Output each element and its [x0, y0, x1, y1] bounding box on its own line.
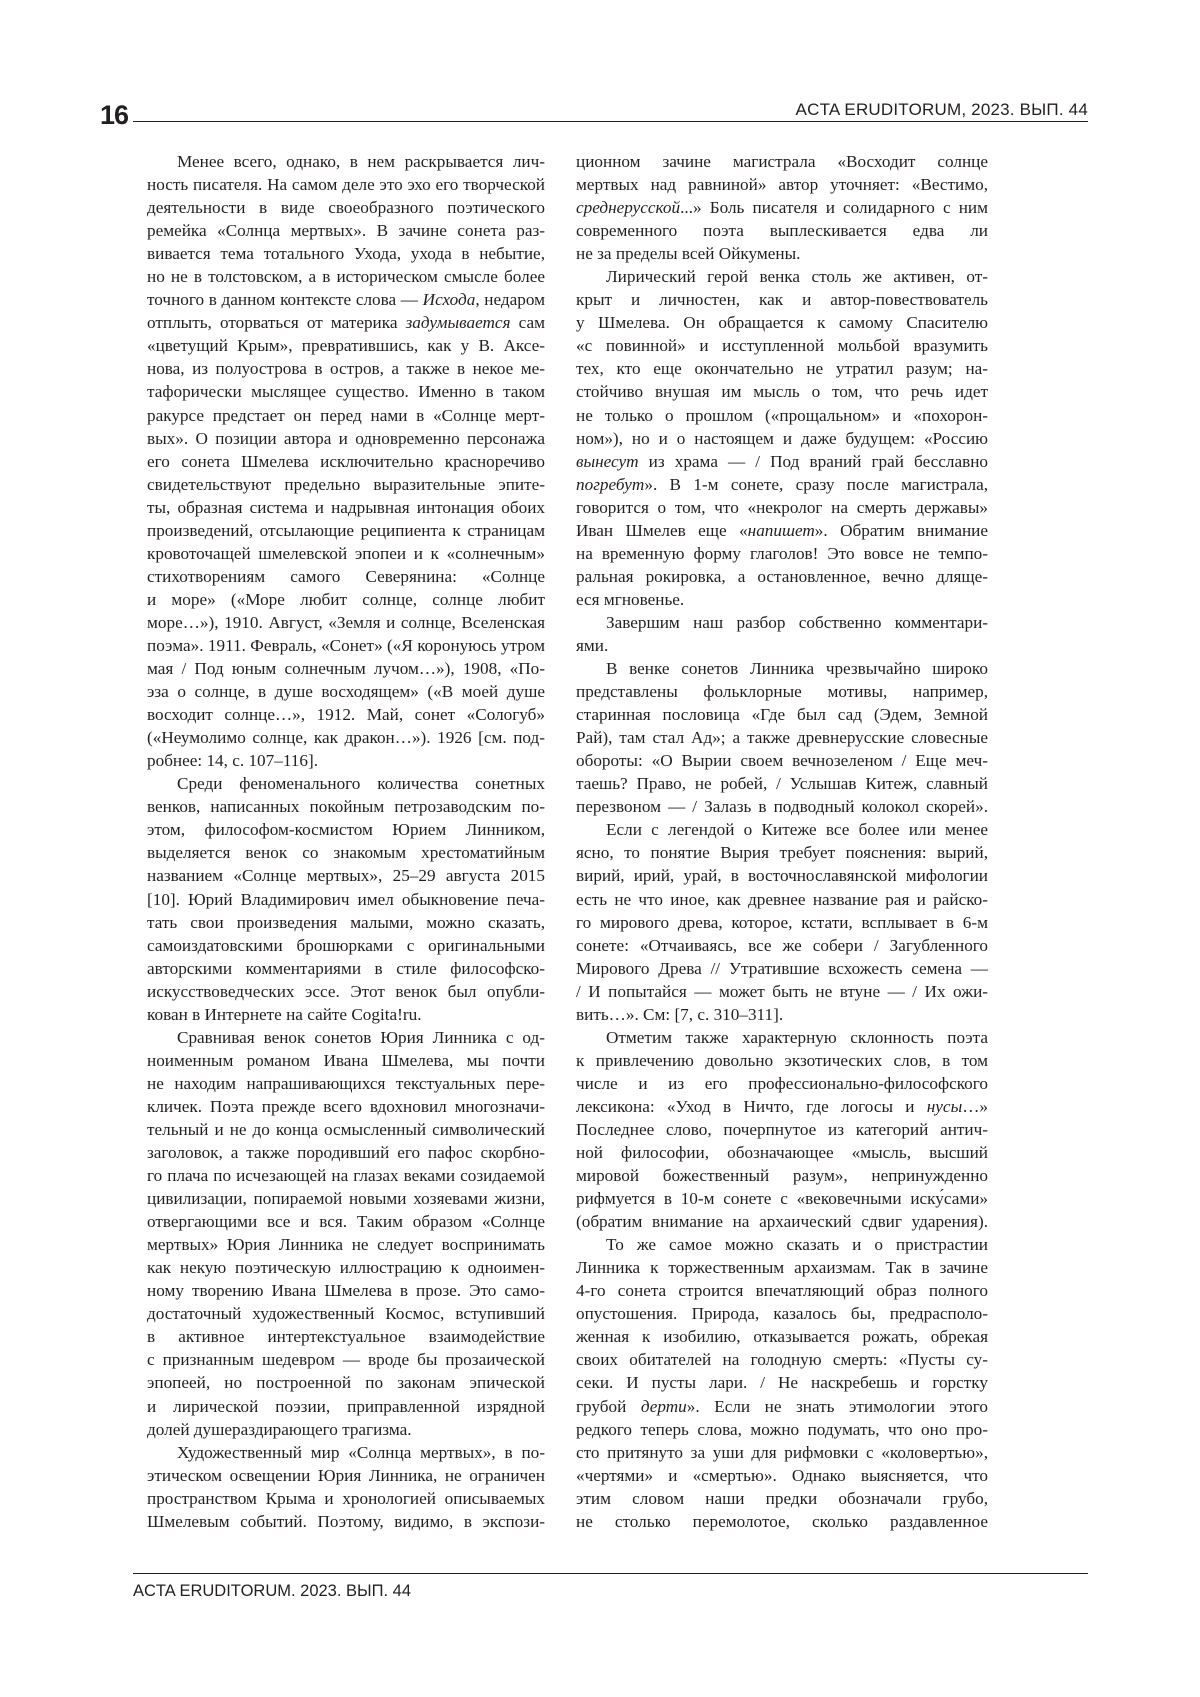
text-line: у Шмелева. Он обращается к самому Спасит…: [576, 311, 988, 334]
text-line: «цветущий Крым», превратившись, как у В.…: [147, 334, 545, 357]
text-line: на временную форму глаголов! Это вовсе н…: [576, 542, 988, 565]
text-line: рифмуется в 10-м сонете с «вековечными и…: [576, 1187, 988, 1210]
text-line: достаточный художественный Космос, вступ…: [147, 1302, 545, 1325]
text-line: Лирический герой венка столь же активен,…: [576, 265, 988, 288]
text-line: в активное интертекстуальное взаимодейст…: [147, 1325, 545, 1348]
italic-emphasis: напишет: [748, 521, 815, 540]
text-line: ном»), но и о настоящем и даже будущем: …: [576, 427, 988, 450]
text-line: долей душераздирающего трагизма.: [147, 1418, 545, 1441]
text-line: крыт и личностен, как и автор-повествова…: [576, 288, 988, 311]
text-line: Иван Шмелев еще «напишет». Обратим внима…: [576, 519, 988, 542]
text-line: вить…». См: [7, с. 310–311].: [576, 1003, 988, 1026]
text-line: мертвых над равниной» автор уточняет: «В…: [576, 173, 988, 196]
text-line: Завершим наш разбор собственно комментар…: [576, 611, 988, 634]
text-line: лексикона: «Уход в Ничто, где логосы и н…: [576, 1095, 988, 1118]
text-line: еся мгновенье.: [576, 588, 988, 611]
text-line: деятельности в виде своеобразного поэтич…: [147, 196, 545, 219]
text-line: современного поэта выплескивается едва л…: [576, 219, 988, 242]
text-line: / И попытайся — может быть не втуне — / …: [576, 980, 988, 1003]
text-line: ному творению Ивана Шмелева в прозе. Это…: [147, 1279, 545, 1302]
text-line: его сонета Шмелева исключительно краснор…: [147, 450, 545, 473]
text-line: заголовок, а также породивший его пафос …: [147, 1141, 545, 1164]
text-line: с признанным шедевром — вроде бы прозаич…: [147, 1348, 545, 1371]
text-line: мертвых» Юрия Линника не следует восприн…: [147, 1233, 545, 1256]
text-line: стойчиво внушая им мысль о том, что речь…: [576, 380, 988, 403]
running-header: ACTA ERUDITORUM, 2023. ВЫП. 44: [796, 100, 1088, 120]
text-line: этом, философом-космистом Юрием Линником…: [147, 818, 545, 841]
text-line: ракурсе предстает он перед нами в «Солнц…: [147, 404, 545, 427]
text-line: вынесут из храма — / Под враний грай бес…: [576, 450, 988, 473]
text-line: тех, кто еще окончательно не утратил раз…: [576, 357, 988, 380]
text-line: не только о прошлом («прощальном» и «пох…: [576, 404, 988, 427]
journal-page: 16 ACTA ERUDITORUM, 2023. ВЫП. 44 Менее …: [0, 0, 1200, 1697]
left-text-column: Менее всего, однако, в нем раскрывается …: [147, 150, 545, 1533]
text-line: В венке сонетов Линника чрезвычайно широ…: [576, 657, 988, 680]
text-line: этим словом наши предки обозначали грубо…: [576, 1487, 988, 1510]
text-line: сонете: «Отчаиваясь, все же собери / Заг…: [576, 934, 988, 957]
text-line: [10]. Юрий Владимирович имел обыкновение…: [147, 888, 545, 911]
italic-emphasis: дерти: [641, 1397, 687, 1416]
text-line: погребут». В 1-м сонете, сразу после маг…: [576, 473, 988, 496]
text-line: редкого теперь слова, можно подумать, чт…: [576, 1418, 988, 1441]
text-line: своих обитателей на голодную смерть: «Пу…: [576, 1348, 988, 1371]
text-line: эза о солнце, в душе восходящем» («В мое…: [147, 680, 545, 703]
text-line: числе и из его профессионально-философск…: [576, 1072, 988, 1095]
text-line: цивилизации, попираемой новыми хозяевами…: [147, 1187, 545, 1210]
text-line: вирий, ирий, урай, в восточнославянской …: [576, 864, 988, 887]
text-line: Рай), там стал Ад»; а также древнерусски…: [576, 726, 988, 749]
text-line: и лирической поэзии, приправленной изряд…: [147, 1395, 545, 1418]
text-line: и море» («Море любит солнце, солнце люби…: [147, 588, 545, 611]
text-line: ясно, то понятие Вырия требует пояснения…: [576, 841, 988, 864]
footer-rule: [133, 1573, 1088, 1574]
text-line: ноименным романом Ивана Шмелева, мы почт…: [147, 1049, 545, 1072]
text-line: обороты: «О Вырии своем вечнозеленом / Е…: [576, 749, 988, 772]
running-footer: ACTA ERUDITORUM. 2023. ВЫП. 44: [133, 1582, 411, 1601]
text-line: отвергающими все и вся. Таким образом «С…: [147, 1210, 545, 1233]
text-line: нова, из полуострова в остров, а также в…: [147, 357, 545, 380]
text-line: ральная рокировка, а остановленное, вечн…: [576, 565, 988, 588]
text-line: тельный и не до конца осмысленный символ…: [147, 1118, 545, 1141]
text-line: этическом освещении Юрия Линника, не огр…: [147, 1464, 545, 1487]
text-line: искусствоведческих эссе. Этот венок был …: [147, 980, 545, 1003]
text-line: венков, написанных покойным петрозаводск…: [147, 795, 545, 818]
text-line: кровоточащей шмелевской эпопеи и к «солн…: [147, 542, 545, 565]
text-line: таешь? Право, не робей, / Услышав Китеж,…: [576, 772, 988, 795]
text-line: «чертями» и «смертью». Однако выясняется…: [576, 1464, 988, 1487]
text-line: (обратим внимание на архаический сдвиг у…: [576, 1210, 988, 1233]
text-line: поэма». 1911. Февраль, «Сонет» («Я корон…: [147, 634, 545, 657]
text-line: Шмелевым событий. Поэтому, видимо, в экс…: [147, 1510, 545, 1533]
text-line: ность писателя. На самом деле это эхо ег…: [147, 173, 545, 196]
text-line: восходит солнце…», 1912. Май, сонет «Сол…: [147, 703, 545, 726]
text-line: самоиздатовскими брошюрками с оригинальн…: [147, 934, 545, 957]
text-line: Линника к торжественным архаизмам. Так в…: [576, 1256, 988, 1279]
text-line: опустошения. Природа, казалось бы, предр…: [576, 1302, 988, 1325]
text-line: мая / Под юным солнечным лучом…»), 1908,…: [147, 657, 545, 680]
text-line: вивается тема тотального Ухода, ухода в …: [147, 242, 545, 265]
text-line: Среди феноменального количества сонетных: [147, 772, 545, 795]
text-line: 4-го сонета строится впечатляющий образ …: [576, 1279, 988, 1302]
text-line: не столько перемолотое, сколько раздавле…: [576, 1510, 988, 1533]
text-line: пространством Крыма и хронологией описыв…: [147, 1487, 545, 1510]
italic-emphasis: погребут: [576, 475, 644, 494]
text-line: ты, образная система и надрывная интонац…: [147, 496, 545, 519]
page-number: 16: [100, 100, 128, 131]
text-line: говорится о том, что «некролог на смерть…: [576, 496, 988, 519]
text-line: вых». О позиции автора и одновременно пе…: [147, 427, 545, 450]
text-line: эпопеей, но построенной по законам эпиче…: [147, 1371, 545, 1394]
text-line: го плача по исчезающей на глазах веками …: [147, 1164, 545, 1187]
text-line: произведений, отсылающие реципиента к ст…: [147, 519, 545, 542]
text-line: тать свои произведения малыми, можно ска…: [147, 911, 545, 934]
text-line: кличек. Поэта прежде всего вдохновил мно…: [147, 1095, 545, 1118]
text-line: тафорически мыслящее существо. Именно в …: [147, 380, 545, 403]
text-line: Если с легендой о Китеже все более или м…: [576, 818, 988, 841]
text-line: То же самое можно сказать и о пристрасти…: [576, 1233, 988, 1256]
text-line: женная к изобилию, отказывается рожать, …: [576, 1325, 988, 1348]
text-line: Последнее слово, почерпнутое из категори…: [576, 1118, 988, 1141]
text-line: («Неумолимо солнце, как дракон…»). 1926 …: [147, 726, 545, 749]
text-line: го мирового древа, которое, кстати, вспл…: [576, 911, 988, 934]
text-line: ционном зачине магистрала «Восходит солн…: [576, 150, 988, 173]
text-line: мировой божественный разум», непринужден…: [576, 1164, 988, 1187]
italic-emphasis: Исхода: [423, 290, 476, 309]
text-line: есть не что иное, как древнее название р…: [576, 888, 988, 911]
text-line: но не в толстовском, а в историческом см…: [147, 265, 545, 288]
text-line: Мирового Древа // Утратившие всхожесть с…: [576, 957, 988, 980]
italic-emphasis: нусы: [927, 1097, 962, 1116]
text-line: ной философии, обозначающее «мысль, высш…: [576, 1141, 988, 1164]
text-line: ями.: [576, 634, 988, 657]
text-line: море…»), 1910. Август, «Земля и солнце, …: [147, 611, 545, 634]
text-line: Отметим также характерную склонность поэ…: [576, 1026, 988, 1049]
right-text-column: ционном зачине магистрала «Восходит солн…: [576, 150, 988, 1533]
text-line: «с повинной» и исступленной мольбой враз…: [576, 334, 988, 357]
text-line: к привлечению довольно экзотических слов…: [576, 1049, 988, 1072]
text-line: сто притянуто за уши для рифмовки с «кол…: [576, 1441, 988, 1464]
text-line: Менее всего, однако, в нем раскрывается …: [147, 150, 545, 173]
text-line: среднерусской...» Боль писателя и солида…: [576, 196, 988, 219]
text-line: стихотворениям самого Северянина: «Солнц…: [147, 565, 545, 588]
text-line: Художественный мир «Солнца мертвых», в п…: [147, 1441, 545, 1464]
text-line: робнее: 14, с. 107–116].: [147, 749, 545, 772]
text-line: выделяется венок со знакомым хрестоматий…: [147, 841, 545, 864]
text-line: не за пределы всей Ойкумены.: [576, 242, 988, 265]
text-line: перезвоном — / Залазь в подводный колоко…: [576, 795, 988, 818]
text-line: названием «Солнце мертвых», 25–29 август…: [147, 864, 545, 887]
header-rule: [133, 121, 1088, 122]
text-line: отплыть, оторваться от материка задумыва…: [147, 311, 545, 334]
text-line: не находим напрашивающихся текстуальных …: [147, 1072, 545, 1095]
text-line: представлены фольклорные мотивы, наприме…: [576, 680, 988, 703]
text-line: как некую поэтическую иллюстрацию к одно…: [147, 1256, 545, 1279]
text-line: кован в Интернете на сайте Cogita!ru.: [147, 1003, 545, 1026]
text-line: Сравнивая венок сонетов Юрия Линника с о…: [147, 1026, 545, 1049]
italic-emphasis: среднерусской: [576, 198, 680, 217]
text-line: секи. И пусты лари. / Не наскребешь и го…: [576, 1371, 988, 1394]
text-line: ремейка «Солнца мертвых». В зачине сонет…: [147, 219, 545, 242]
italic-emphasis: вынесут: [576, 452, 639, 471]
text-line: грубой дерти». Если не знать этимологии …: [576, 1395, 988, 1418]
text-line: авторскими комментариями в стиле философ…: [147, 957, 545, 980]
italic-emphasis: задумывается: [406, 313, 511, 332]
text-line: свидетельствуют предельно выразительные …: [147, 473, 545, 496]
text-line: точного в данном контексте слова — Исход…: [147, 288, 545, 311]
text-line: старинная пословица «Где был сад (Эдем, …: [576, 703, 988, 726]
